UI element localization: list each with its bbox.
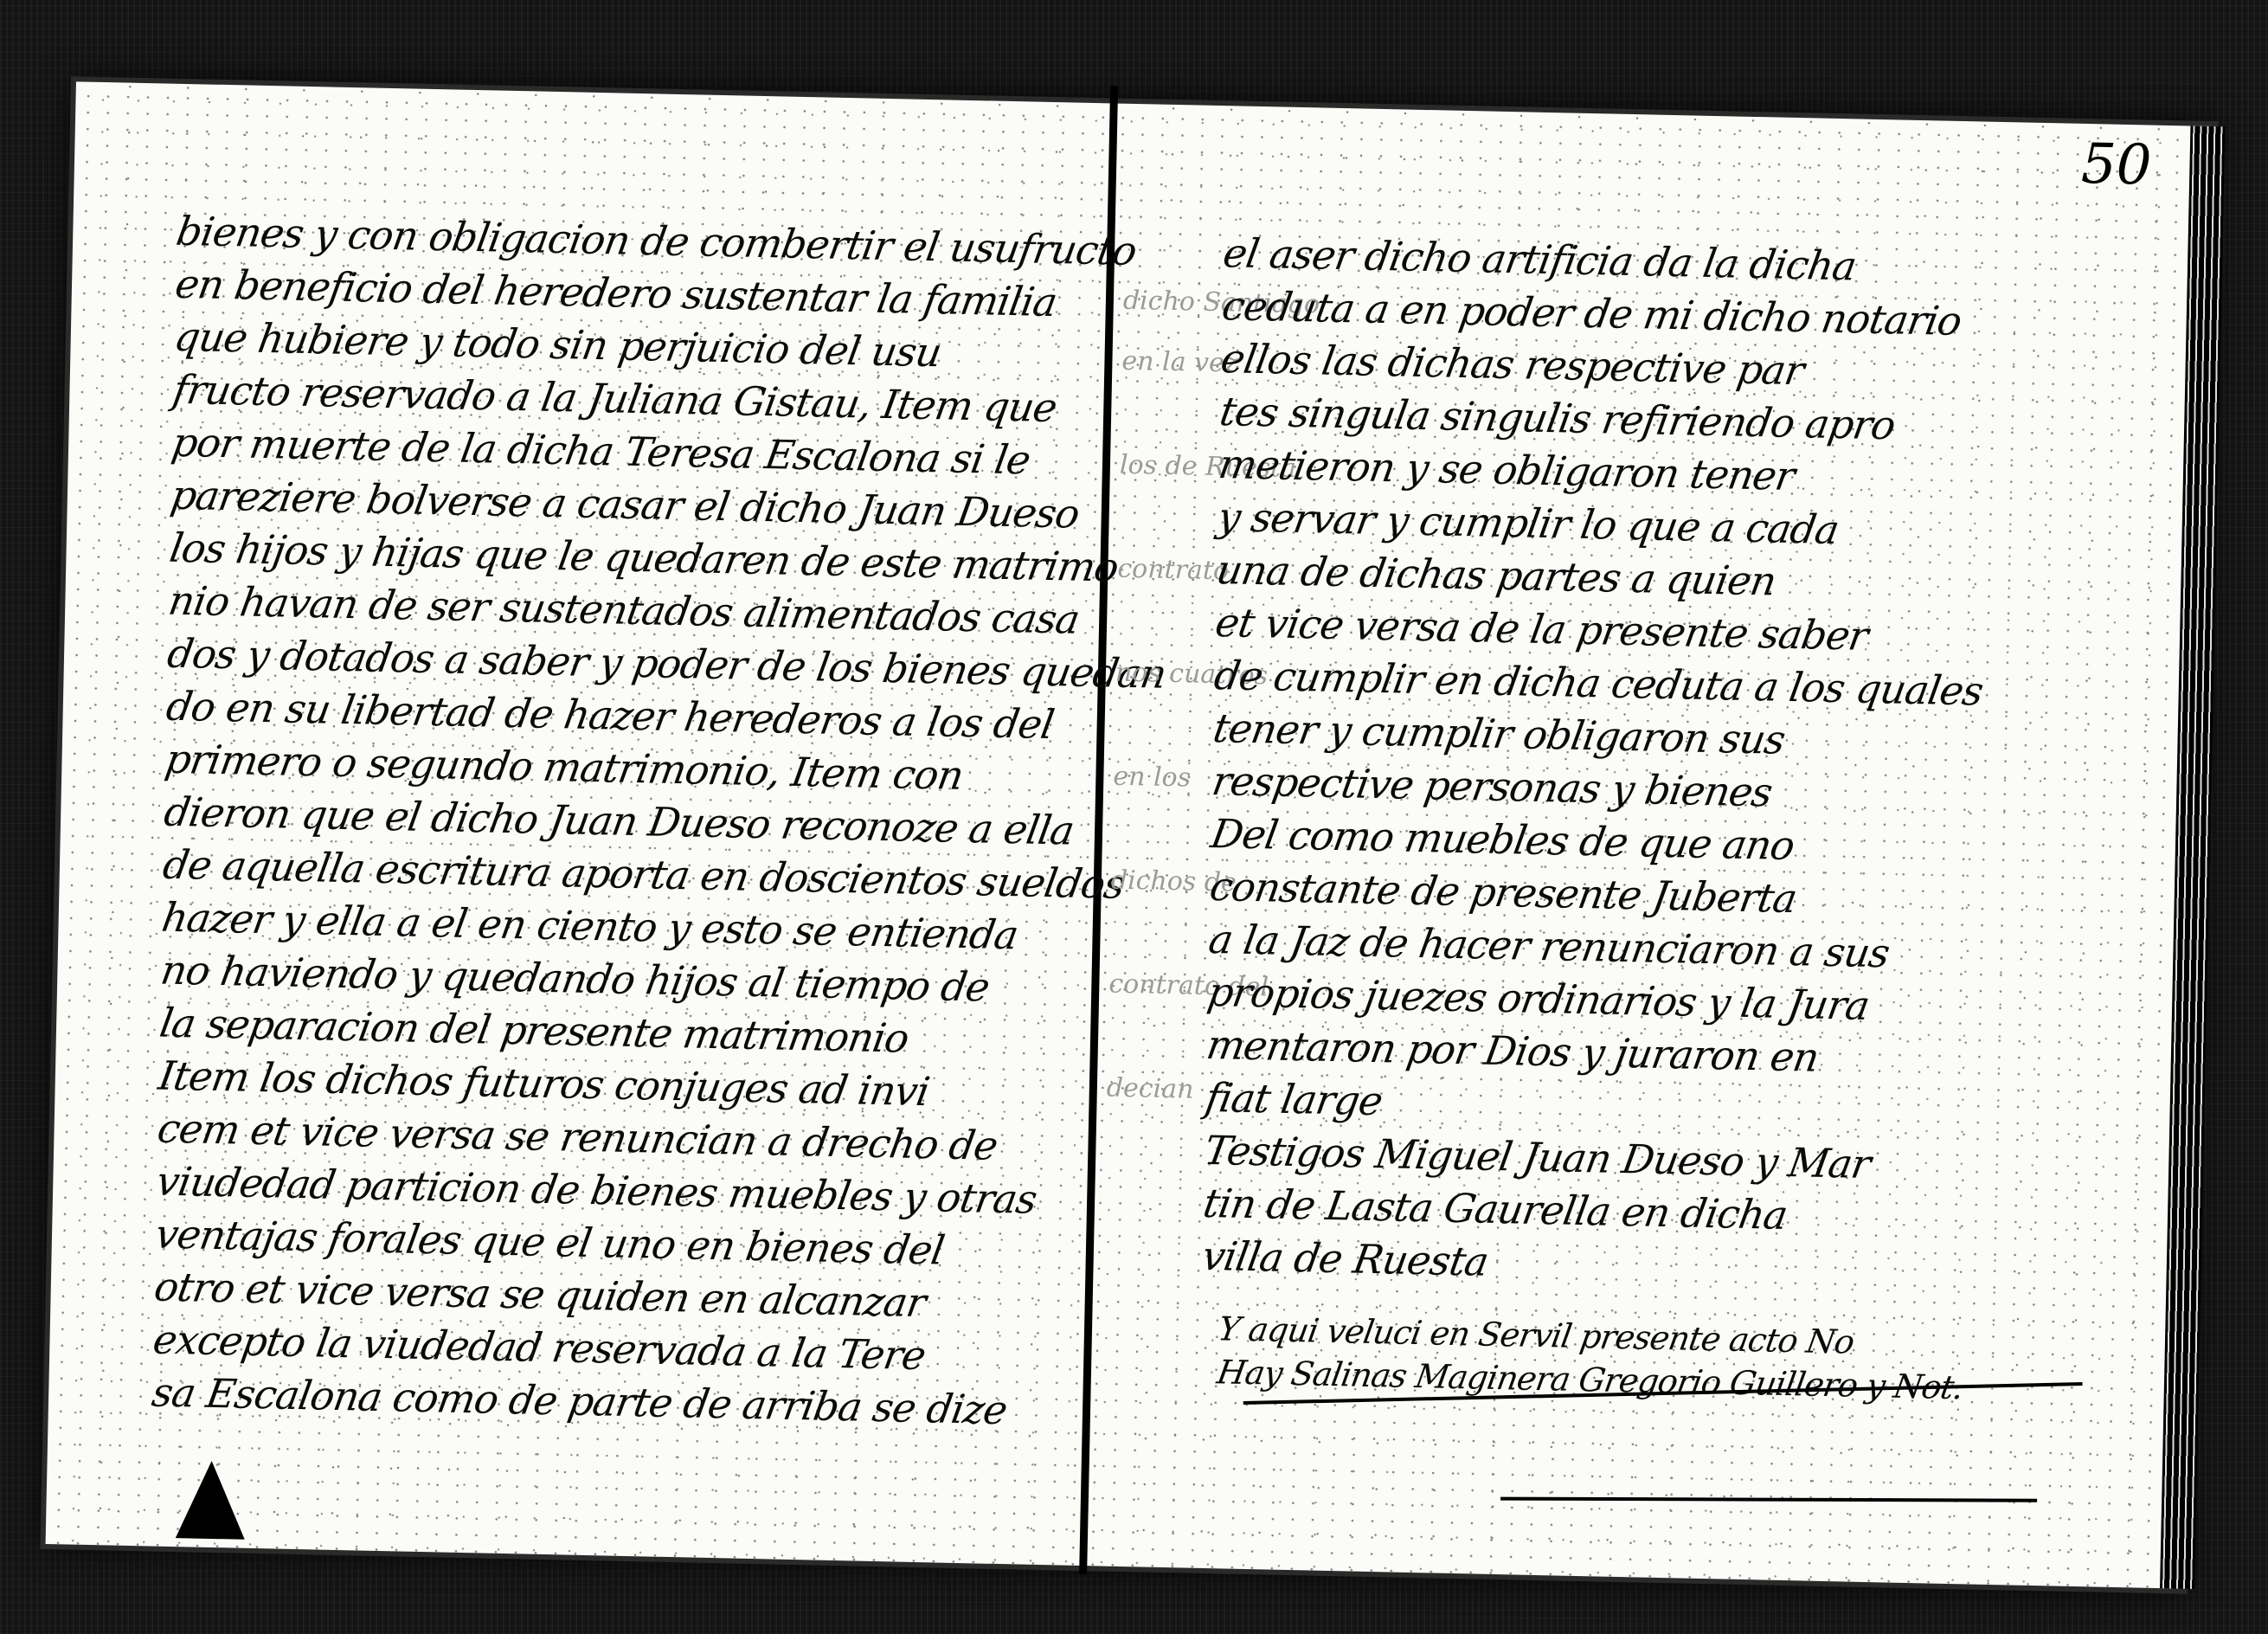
right-page: el aser dicho artificia da la dicha cedu… [1200, 227, 2107, 1412]
bleed-through-text: contrato [1117, 554, 1229, 587]
bleed-through-text: en los [1113, 762, 1191, 794]
signature-block: Y aqui veluci en Servil presente acto No… [1218, 1307, 2085, 1412]
left-page: bienes y con obligacion de combertir el … [152, 205, 1077, 1438]
scan-corner-mark [176, 1460, 247, 1540]
manuscript-spread: bienes y con obligacion de combertir el … [46, 81, 2213, 1588]
bleed-through-text: decian [1107, 1073, 1194, 1105]
folio-number: 50 [2080, 132, 2152, 198]
